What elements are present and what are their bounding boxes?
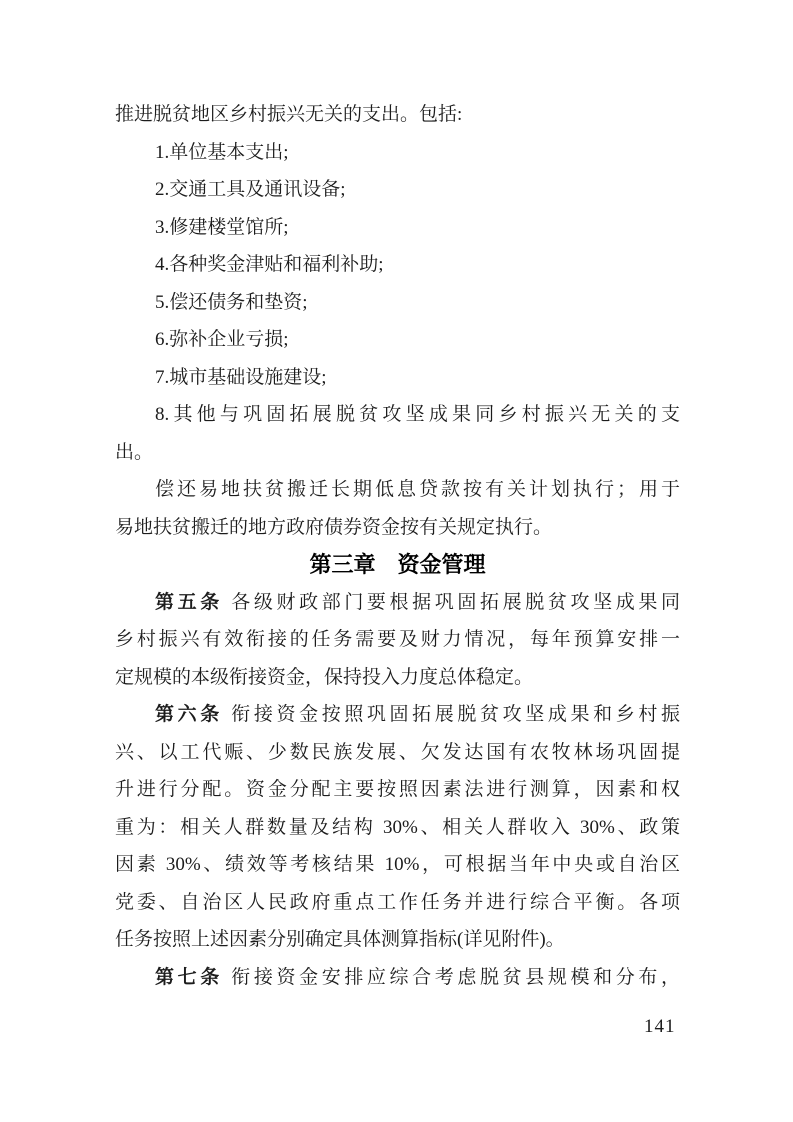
- article-5-text: 各级财政部门要根据巩固拓展脱贫攻坚成果同: [223, 592, 680, 613]
- para-repayment-line-2: 易地扶贫搬迁的地方政府债券资金按有关规定执行。: [115, 509, 680, 547]
- article-6-number: 第六条: [155, 704, 223, 725]
- list-item-2: 2.交通工具及通讯设备;: [115, 171, 680, 209]
- article-6-line-1: 第六条 衔接资金按照巩固拓展脱贫攻坚成果和乡村振: [115, 696, 680, 734]
- article-6-line-6: 党委、自治区人民政府重点工作任务并进行综合平衡。各项: [115, 884, 680, 922]
- page-number: 141: [644, 1014, 676, 1040]
- article-7-text: 衔接资金安排应综合考虑脱贫县规模和分布，: [223, 967, 680, 988]
- list-item-6: 6.弥补企业亏损;: [115, 321, 680, 359]
- article-6-line-4: 重为：相关人群数量及结构 30%、相关人群收入 30%、政策: [115, 809, 680, 847]
- article-6-line-3: 升进行分配。资金分配主要按照因素法进行测算，因素和权: [115, 771, 680, 809]
- text-block: 推进脱贫地区乡村振兴无关的支出。包括: 1.单位基本支出; 2.交通工具及通讯设…: [115, 96, 680, 996]
- article-7-number: 第七条: [155, 967, 223, 988]
- article-6-line-7: 任务按照上述因素分别确定具体测算指标(详见附件)。: [115, 921, 680, 959]
- list-item-5: 5.偿还债务和垫资;: [115, 284, 680, 322]
- para-continuation-line: 推进脱贫地区乡村振兴无关的支出。包括:: [115, 96, 680, 134]
- article-5-line-2: 乡村振兴有效衔接的任务需要及财力情况，每年预算安排一: [115, 621, 680, 659]
- article-7-line-1: 第七条 衔接资金安排应综合考虑脱贫县规模和分布，: [115, 959, 680, 997]
- article-5-line-3: 定规模的本级衔接资金，保持投入力度总体稳定。: [115, 659, 680, 697]
- list-item-1: 1.单位基本支出;: [115, 134, 680, 172]
- list-item-3: 3.修建楼堂馆所;: [115, 209, 680, 247]
- article-6-text: 衔接资金按照巩固拓展脱贫攻坚成果和乡村振: [223, 704, 680, 725]
- chapter-heading: 第三章 资金管理: [115, 546, 680, 584]
- list-item-7: 7.城市基础设施建设;: [115, 359, 680, 397]
- article-5-line-1: 第五条 各级财政部门要根据巩固拓展脱贫攻坚成果同: [115, 584, 680, 622]
- list-item-8-line-2: 出。: [115, 434, 680, 472]
- para-repayment-line-1: 偿还易地扶贫搬迁长期低息贷款按有关计划执行；用于: [115, 471, 680, 509]
- article-6-line-5: 因素 30%、绩效等考核结果 10%，可根据当年中央或自治区: [115, 846, 680, 884]
- list-item-8-line-1: 8.其他与巩固拓展脱贫攻坚成果同乡村振兴无关的支: [115, 396, 680, 434]
- list-item-4: 4.各种奖金津贴和福利补助;: [115, 246, 680, 284]
- document-page: 推进脱贫地区乡村振兴无关的支出。包括: 1.单位基本支出; 2.交通工具及通讯设…: [0, 0, 793, 1122]
- article-6-line-2: 兴、以工代赈、少数民族发展、欠发达国有农牧林场巩固提: [115, 734, 680, 772]
- article-5-number: 第五条: [155, 592, 223, 613]
